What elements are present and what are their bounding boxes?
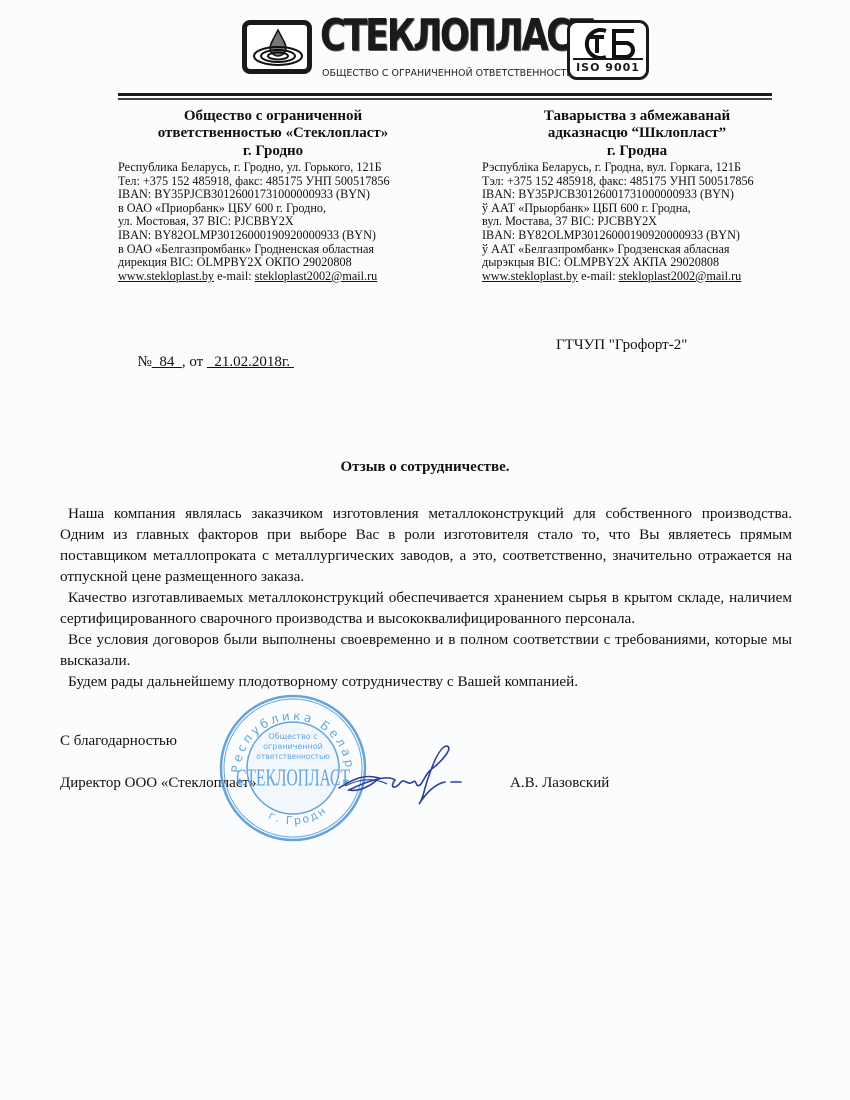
signatory-name: А.В. Лазовский	[510, 775, 609, 792]
org-bank-1-address: вул. Мостава, 37 BIC: PJCBBY2X	[482, 215, 792, 229]
handwritten-signature	[335, 738, 475, 808]
org-phone: Тэл: +375 152 485918, факс: 485175 УНП 5…	[482, 175, 792, 189]
email-label: e-mail:	[578, 269, 619, 283]
paragraph-3: Все условия договоров были выполнены сво…	[60, 629, 792, 671]
paragraph-2: Качество изготавливаемых металлоконструк…	[60, 587, 792, 629]
org-bank-2: ў ААТ «Белгазпромбанк» Гродзенская аблас…	[482, 243, 792, 257]
document-date: 21.02.2018г.	[207, 354, 294, 370]
paragraph-text: Все условия договоров были выполнены сво…	[60, 629, 792, 671]
iso-9001-label: ISO 9001	[573, 58, 643, 75]
header-rule	[118, 93, 772, 96]
letterhead-logo: СТЕКЛОПЛАСТ ОБЩЕСТВО С ОГРАНИЧЕННОЙ ОТВЕ…	[236, 16, 656, 82]
water-drop-ripple-icon	[242, 20, 312, 74]
svg-text:Общество с: Общество с	[268, 732, 317, 741]
org-address: Рэспубліка Беларусь, г. Гродна, вул. Гор…	[482, 161, 792, 175]
org-bank-2: в ОАО «Белгазпромбанк» Гродненская облас…	[118, 243, 428, 257]
svg-text:СТЕКЛОПЛАСТ: СТЕКЛОПЛАСТ	[236, 765, 350, 791]
org-iban-2: IBAN: BY82OLMP30126000190920000933 (BYN)	[118, 229, 428, 243]
date-label: , от	[182, 354, 203, 370]
letter-title: Отзыв о сотрудничестве.	[0, 459, 850, 476]
svg-text:ограниченной: ограниченной	[263, 742, 323, 751]
paragraph-text: Качество изготавливаемых металлоконструк…	[60, 587, 792, 629]
org-title-line1: Общество с ограниченной	[118, 108, 428, 125]
number-label: №	[138, 354, 152, 370]
org-details-belarusian: Таварыства з абмежаванай адказнасцю “Шкл…	[482, 108, 792, 283]
org-iban-2: IBAN: BY82OLMP30126000190920000933 (BYN)	[482, 229, 792, 243]
org-contacts: www.stekloplast.by e-mail: stekloplast20…	[118, 270, 428, 284]
org-iban-1: IBAN: BY35PJCB30126001731000000933 (BYN)	[118, 188, 428, 202]
header-rule-thin	[118, 98, 772, 100]
org-phone: Тел: +375 152 485918, факс: 485175 УНП 5…	[118, 175, 428, 189]
org-title-line1: Таварыства з абмежаванай	[482, 108, 792, 125]
paragraph-1: Наша компания являлась заказчиком изгото…	[60, 503, 792, 587]
org-bank-2-bic: дырэкцыя BIC: OLMPBY2X АКПА 29020808	[482, 256, 792, 270]
brand-subtitle: ОБЩЕСТВО С ОГРАНИЧЕННОЙ ОТВЕТСТВЕННОСТЬЮ	[322, 68, 583, 79]
brand-name: СТЕКЛОПЛАСТ	[320, 10, 591, 61]
website-link[interactable]: www.stekloplast.by	[118, 269, 214, 283]
closing: С благодарностью	[60, 733, 177, 750]
org-bank-1: ў ААТ «Прыорбанк» ЦБП 600 г. Гродна,	[482, 202, 792, 216]
email-link[interactable]: stekloplast2002@mail.ru	[619, 269, 742, 283]
org-bank-1-address: ул. Мостовая, 37 BIC: PJCBBY2X	[118, 215, 428, 229]
paragraph-4: Будем рады дальнейшему плодотворному сот…	[60, 671, 792, 692]
org-address: Республика Беларусь, г. Гродно, ул. Горь…	[118, 161, 428, 175]
org-title-line2: ответственностью «Стеклопласт»	[118, 125, 428, 142]
org-bank-2-bic: дирекция BIC: OLMPBY2X ОКПО 29020808	[118, 256, 428, 270]
paragraph-text: Наша компания являлась заказчиком изгото…	[60, 503, 792, 587]
org-city: г. Гродна	[482, 142, 792, 160]
stb-certification-icon: ISO 9001	[567, 20, 649, 80]
org-iban-1: IBAN: BY35PJCB30126001731000000933 (BYN)	[482, 188, 792, 202]
svg-text:ответственностью: ответственностью	[256, 752, 330, 761]
reference-line: № 84 , от 21.02.2018г.	[130, 337, 294, 371]
org-title-line2: адказнасцю “Шклопласт”	[482, 125, 792, 142]
paragraph-text: Будем рады дальнейшему плодотворному сот…	[60, 671, 792, 692]
org-bank-1: в ОАО «Приорбанк» ЦБУ 600 г. Гродно,	[118, 202, 428, 216]
addressee: ГТЧУП "Грофорт-2"	[556, 337, 687, 354]
document-number: 84	[152, 354, 182, 370]
org-city: г. Гродно	[118, 142, 428, 160]
org-details-russian: Общество с ограниченной ответственностью…	[118, 108, 428, 283]
org-contacts: www.stekloplast.by e-mail: stekloplast20…	[482, 270, 792, 284]
email-link[interactable]: stekloplast2002@mail.ru	[255, 269, 378, 283]
email-label: e-mail:	[214, 269, 255, 283]
website-link[interactable]: www.stekloplast.by	[482, 269, 578, 283]
